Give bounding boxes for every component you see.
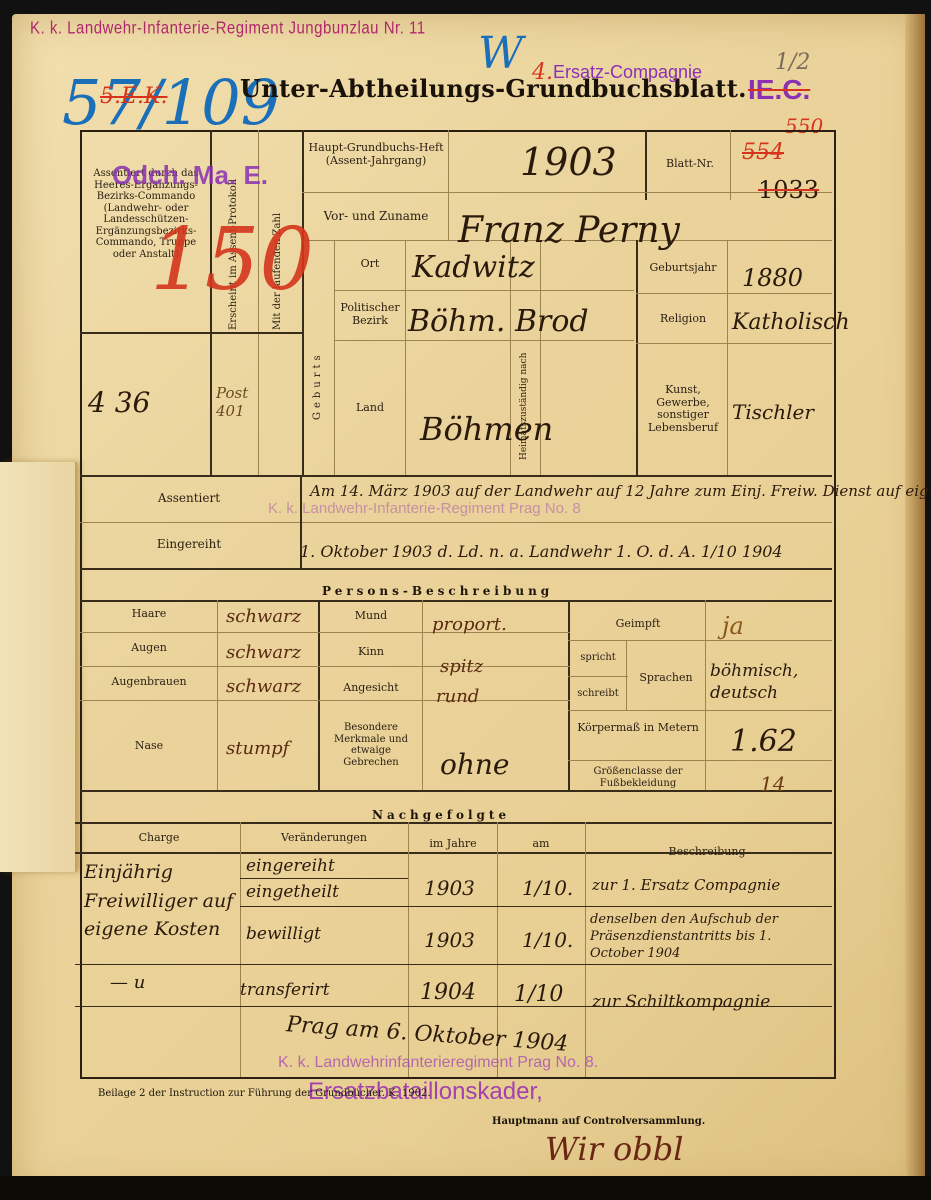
assentiert-value: Am 14. März 1903 auf der Landwehr auf 12… (310, 482, 931, 500)
col-header-jahr: im Jahre (410, 838, 496, 851)
company-stamp-crossed: IE.C. (748, 74, 810, 106)
assentiert-label: Assentiert (84, 492, 294, 506)
regiment-stamp-bottom: K. k. Landwehrinfanterieregiment Prag No… (278, 1054, 598, 1072)
row0-veraenderung: eingereiht (246, 856, 335, 876)
company-stamp: Ersatz-Compagnie (553, 62, 702, 83)
blatt-nr-crossed-1: 554 (742, 140, 784, 165)
fussbekleidung-label: Größenclasse der Fußbekleidung (572, 766, 704, 789)
beruf-value: Tischler (732, 400, 814, 424)
row3-jahr: 1904 (420, 980, 476, 1005)
bezirk-value: Böhm. Brod (408, 304, 589, 339)
mund-label: Mund (322, 610, 420, 623)
row3-veraenderung: transferirt (240, 980, 330, 1000)
kinn-label: Kinn (322, 646, 420, 659)
col-header-veraenderungen: Veränderungen (242, 832, 406, 845)
folded-paper-flap (0, 462, 77, 872)
fussbekleidung-value: 14 (760, 772, 785, 796)
mund-value: proport. (432, 614, 507, 635)
blatt-nr-label: Blatt-Nr. (650, 158, 730, 171)
col-header-am: am (499, 838, 583, 851)
col-header-charge: Charge (80, 832, 238, 845)
row1-am: 1/10. (522, 876, 573, 900)
nase-label: Nase (84, 740, 214, 753)
faint-regiment-stamp: K. k. Landwehr-Infanterie-Regiment Prag … (268, 500, 581, 517)
background-surface (0, 1176, 931, 1200)
koerpermass-value: 1.62 (730, 724, 797, 759)
row2-veraenderung: bewilligt (246, 924, 321, 944)
augen-value: schwarz (226, 642, 301, 663)
row2-beschreibung: denselben den Aufschub der Präsenzdienst… (590, 912, 828, 963)
beruf-label: Kunst, Gewerbe, sonstiger Lebensberuf (640, 384, 726, 435)
row3-am: 1/10 (514, 982, 563, 1007)
angesicht-value: rund (436, 686, 479, 707)
haupt-grundbuch-value: 1903 (520, 140, 617, 184)
row3-charge: — u (110, 972, 145, 993)
signature: Wir obbl (545, 1130, 684, 1168)
merkmale-value: ohne (440, 748, 510, 781)
purple-odch-stamp: Odch. Ma. E. (112, 160, 268, 191)
signature-title: Hauptmann auf Controlversammlung. (492, 1116, 705, 1127)
sprachen-label: Sprachen (628, 672, 704, 685)
spricht-label: spricht (572, 652, 624, 664)
name-label: Vor- und Zuname (306, 210, 446, 224)
nachgefolgte-heading: Nachgefolgte (372, 808, 510, 822)
regiment-stamp-top: K. k. Landwehr-Infanterie-Regiment Jungb… (30, 19, 426, 39)
religion-value: Katholisch (732, 310, 850, 335)
schreibt-label: schreibt (572, 688, 624, 700)
land-label: Land (336, 402, 404, 415)
merkmale-label: Besondere Merkmale und etwaige Gebrechen (322, 722, 420, 768)
blatt-nr-crossed-2: 1033 (758, 176, 819, 204)
col-header-beschreibung: Beschreibung (587, 846, 827, 859)
charge-value: Einjährig Freiwilliger auf eigene Kosten (84, 858, 234, 944)
geimpft-label: Geimpft (572, 618, 704, 631)
geburts-label: Geburts (312, 300, 323, 420)
red-company-prefix: 4. (532, 60, 553, 85)
persons-beschreibung-heading: Persons-Beschreibung (322, 584, 553, 598)
eingereiht-value: 1. Oktober 1903 d. Ld. n. a. Landwehr 1.… (300, 542, 783, 561)
koerpermass-label: Körpermaß in Metern (572, 722, 704, 735)
ort-label: Ort (336, 258, 404, 271)
religion-label: Religion (640, 313, 726, 326)
page-edge (905, 14, 925, 1184)
name-value: Franz Perny (458, 210, 680, 251)
red-large-number: 150 (150, 210, 314, 310)
kinn-value: spitz (440, 656, 483, 677)
blue-w-mark: W (478, 28, 523, 79)
row3-beschreibung: zur Schiltkompagnie (592, 992, 770, 1012)
row2-am: 1/10. (522, 928, 573, 952)
pencil-mark: 1/2 (775, 50, 810, 75)
sprachen-value: böhmisch, deutsch (710, 660, 830, 704)
augenbrauen-value: schwarz (226, 676, 301, 697)
row2-jahr: 1903 (424, 928, 475, 952)
printer-note: Beilage 2 der Instruction zur Führung de… (98, 1088, 431, 1099)
row1-veraenderung: eingetheilt (246, 882, 339, 902)
augenbrauen-label: Augenbrauen (84, 676, 214, 689)
land-value: Böhmen (420, 410, 553, 448)
augen-label: Augen (84, 642, 214, 655)
geburtsjahr-value: 1880 (742, 264, 803, 292)
ort-value: Kadwitz (412, 250, 535, 285)
geimpft-value: ja (722, 612, 744, 640)
haare-value: schwarz (226, 606, 301, 627)
red-crossed-annotation: 5.E.K. (100, 84, 167, 109)
assent-protocol-value: Post 401 (216, 384, 256, 420)
eingereiht-label: Eingereiht (84, 538, 294, 552)
haupt-grundbuch-label: Haupt-Grundbuchs-Heft (Assent-Jahrgang) (306, 142, 446, 167)
row1-beschreibung: zur 1. Ersatz Compagnie (592, 876, 780, 894)
angesicht-label: Angesicht (322, 682, 420, 695)
haare-label: Haare (84, 608, 214, 621)
assent-number-value: 4 36 (88, 386, 150, 419)
row1-jahr: 1903 (424, 876, 475, 900)
nase-value: stumpf (226, 738, 289, 759)
bezirk-label: Politischer Bezirk (336, 302, 404, 327)
geburtsjahr-label: Geburtsjahr (640, 262, 726, 275)
